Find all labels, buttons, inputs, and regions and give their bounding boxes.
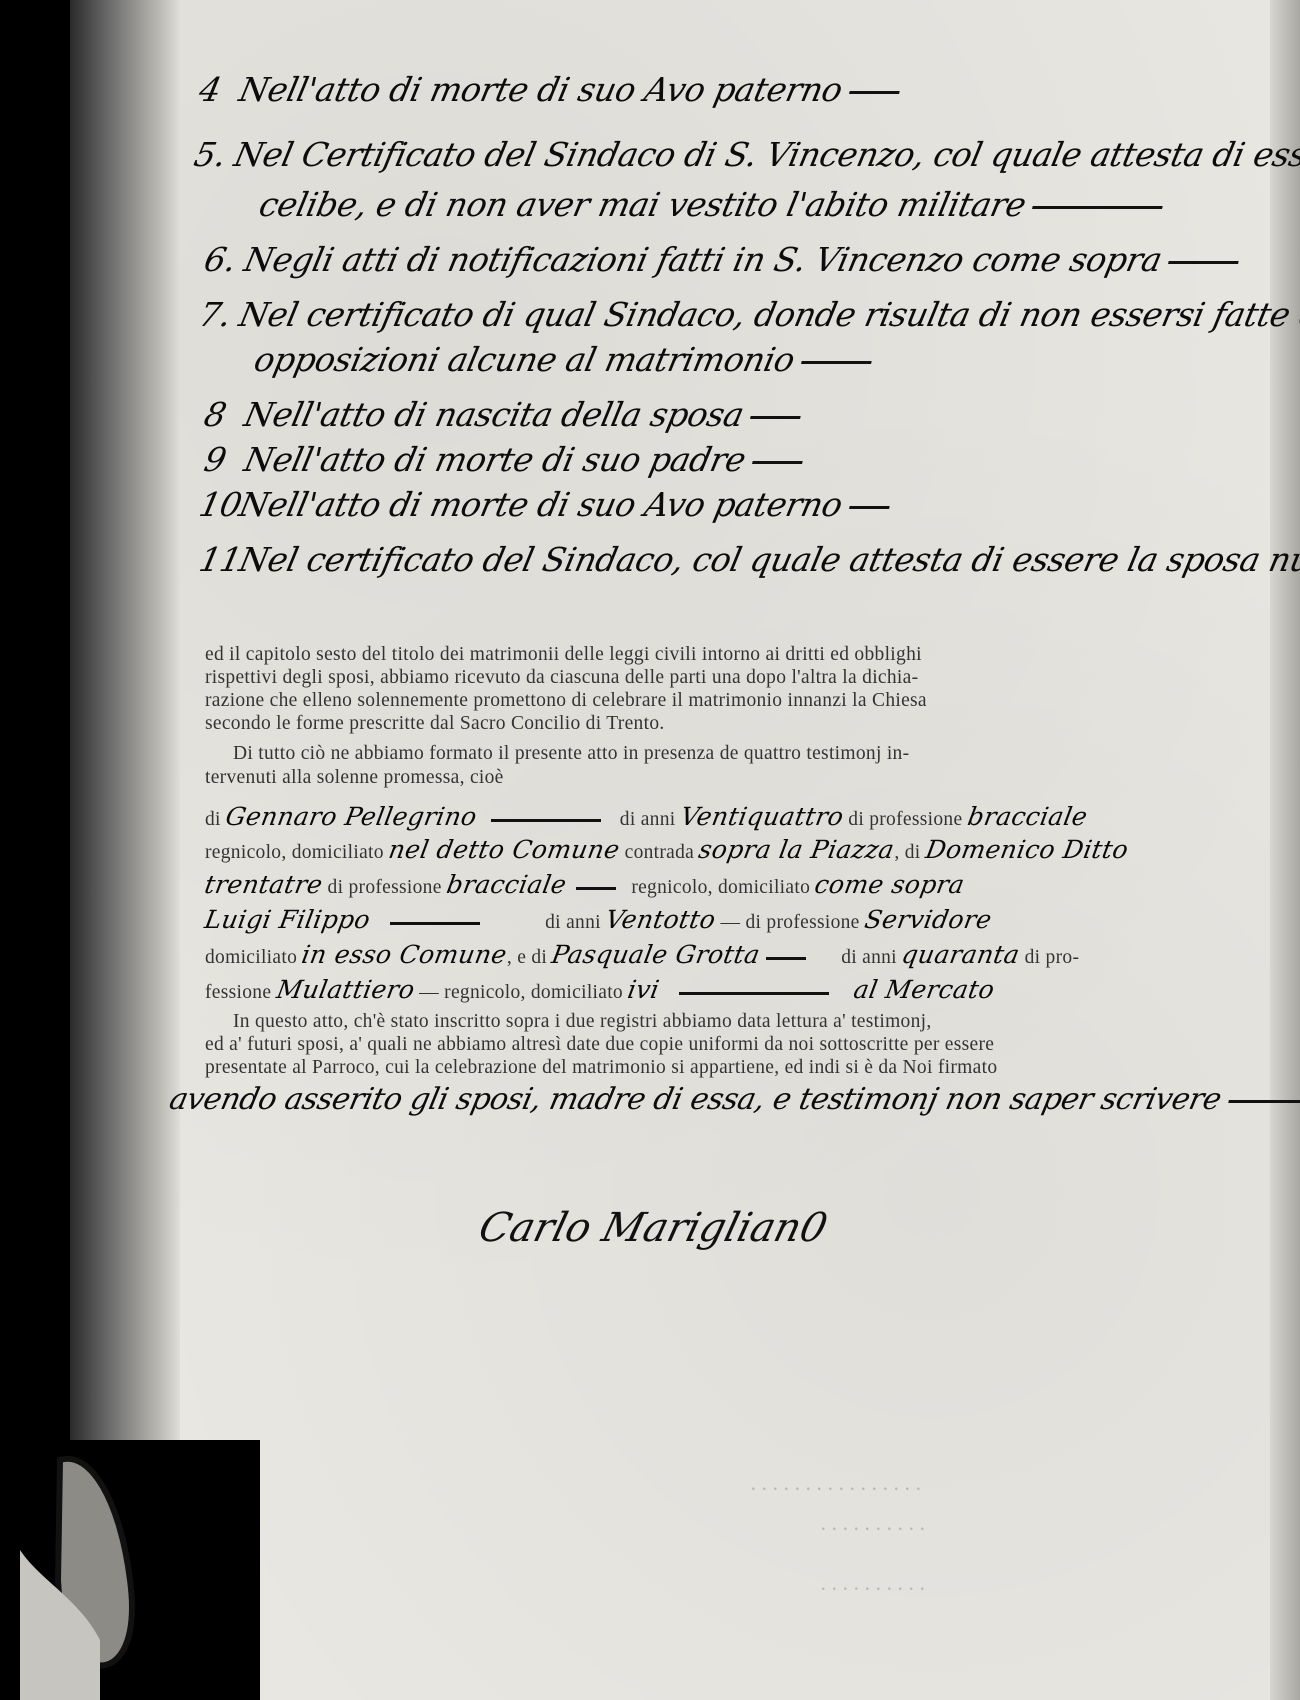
list-item: 6.Negli atti di notificazioni fatti in S… (201, 240, 1244, 279)
printed-line: In questo atto, ch'è stato inscritto sop… (205, 1010, 1193, 1033)
printed-line: rispettivi degli sposi, abbiamo ricevuto… (205, 666, 1165, 689)
list-item: 10Nell'atto di morte di suo Avo paterno (196, 485, 894, 524)
bleed-through-text: . . . . . . . . . . . . . . . . (750, 1470, 921, 1496)
bleed-through-text: . . . . . . . . . . (820, 1510, 925, 1536)
bleed-through-text: . . . . . . . . . . (820, 1570, 925, 1596)
handwritten-closing: avendo asserito gli sposi, madre di essa… (166, 1082, 1300, 1117)
witness-row-1: di Gennaro Pellegrino di anni Ventiquatt… (205, 805, 1165, 831)
list-item: 7.Nel certificato di qual Sindaco, donde… (196, 295, 1300, 334)
printed-line: presentate al Parroco, cui la celebrazio… (205, 1056, 1165, 1079)
witness-row-6: fessione Mulattiero — regnicolo, domicil… (205, 978, 1165, 1004)
witness-row-5: domiciliato in esso Comune, e di Pasqual… (205, 943, 1165, 969)
list-item: 8Nell'atto di nascita della sposa (201, 395, 805, 434)
list-item: 5.Nel Certificato del Sindaco di S. Vinc… (191, 135, 1300, 174)
thumb-shadow (0, 1440, 260, 1700)
signature: Carlo Mariglian0 (474, 1205, 832, 1251)
list-item: 11Nel certificato del Sindaco, col quale… (196, 540, 1300, 579)
list-item: opposizioni alcune al matrimonio (251, 340, 876, 379)
page-edge (1270, 0, 1300, 1700)
list-item: 4Nell'atto di morte di suo Avo paterno (196, 70, 904, 109)
witness-row-2: regnicolo, domiciliato nel detto Comune … (205, 838, 1165, 864)
printed-line: tervenuti alla solenne promessa, cioè (205, 766, 1165, 789)
printed-line: razione che elleno solennemente prometto… (205, 689, 1165, 712)
list-item: celibe, e di non aver mai vestito l'abit… (256, 185, 1168, 224)
printed-line: Di tutto ciò ne abbiamo formato il prese… (205, 742, 1193, 765)
list-item: 9Nell'atto di morte di suo padre (201, 440, 807, 479)
printed-line: secondo le forme prescritte dal Sacro Co… (205, 712, 1165, 735)
printed-line: ed il capitolo sesto del titolo dei matr… (205, 643, 1165, 666)
witness-row-3: trentatre di professione bracciale regni… (205, 873, 1165, 899)
witness-row-4: Luigi Filippo di anni Ventotto — di prof… (205, 908, 1165, 934)
printed-line: ed a' futuri sposi, a' quali ne abbiamo … (205, 1033, 1165, 1056)
